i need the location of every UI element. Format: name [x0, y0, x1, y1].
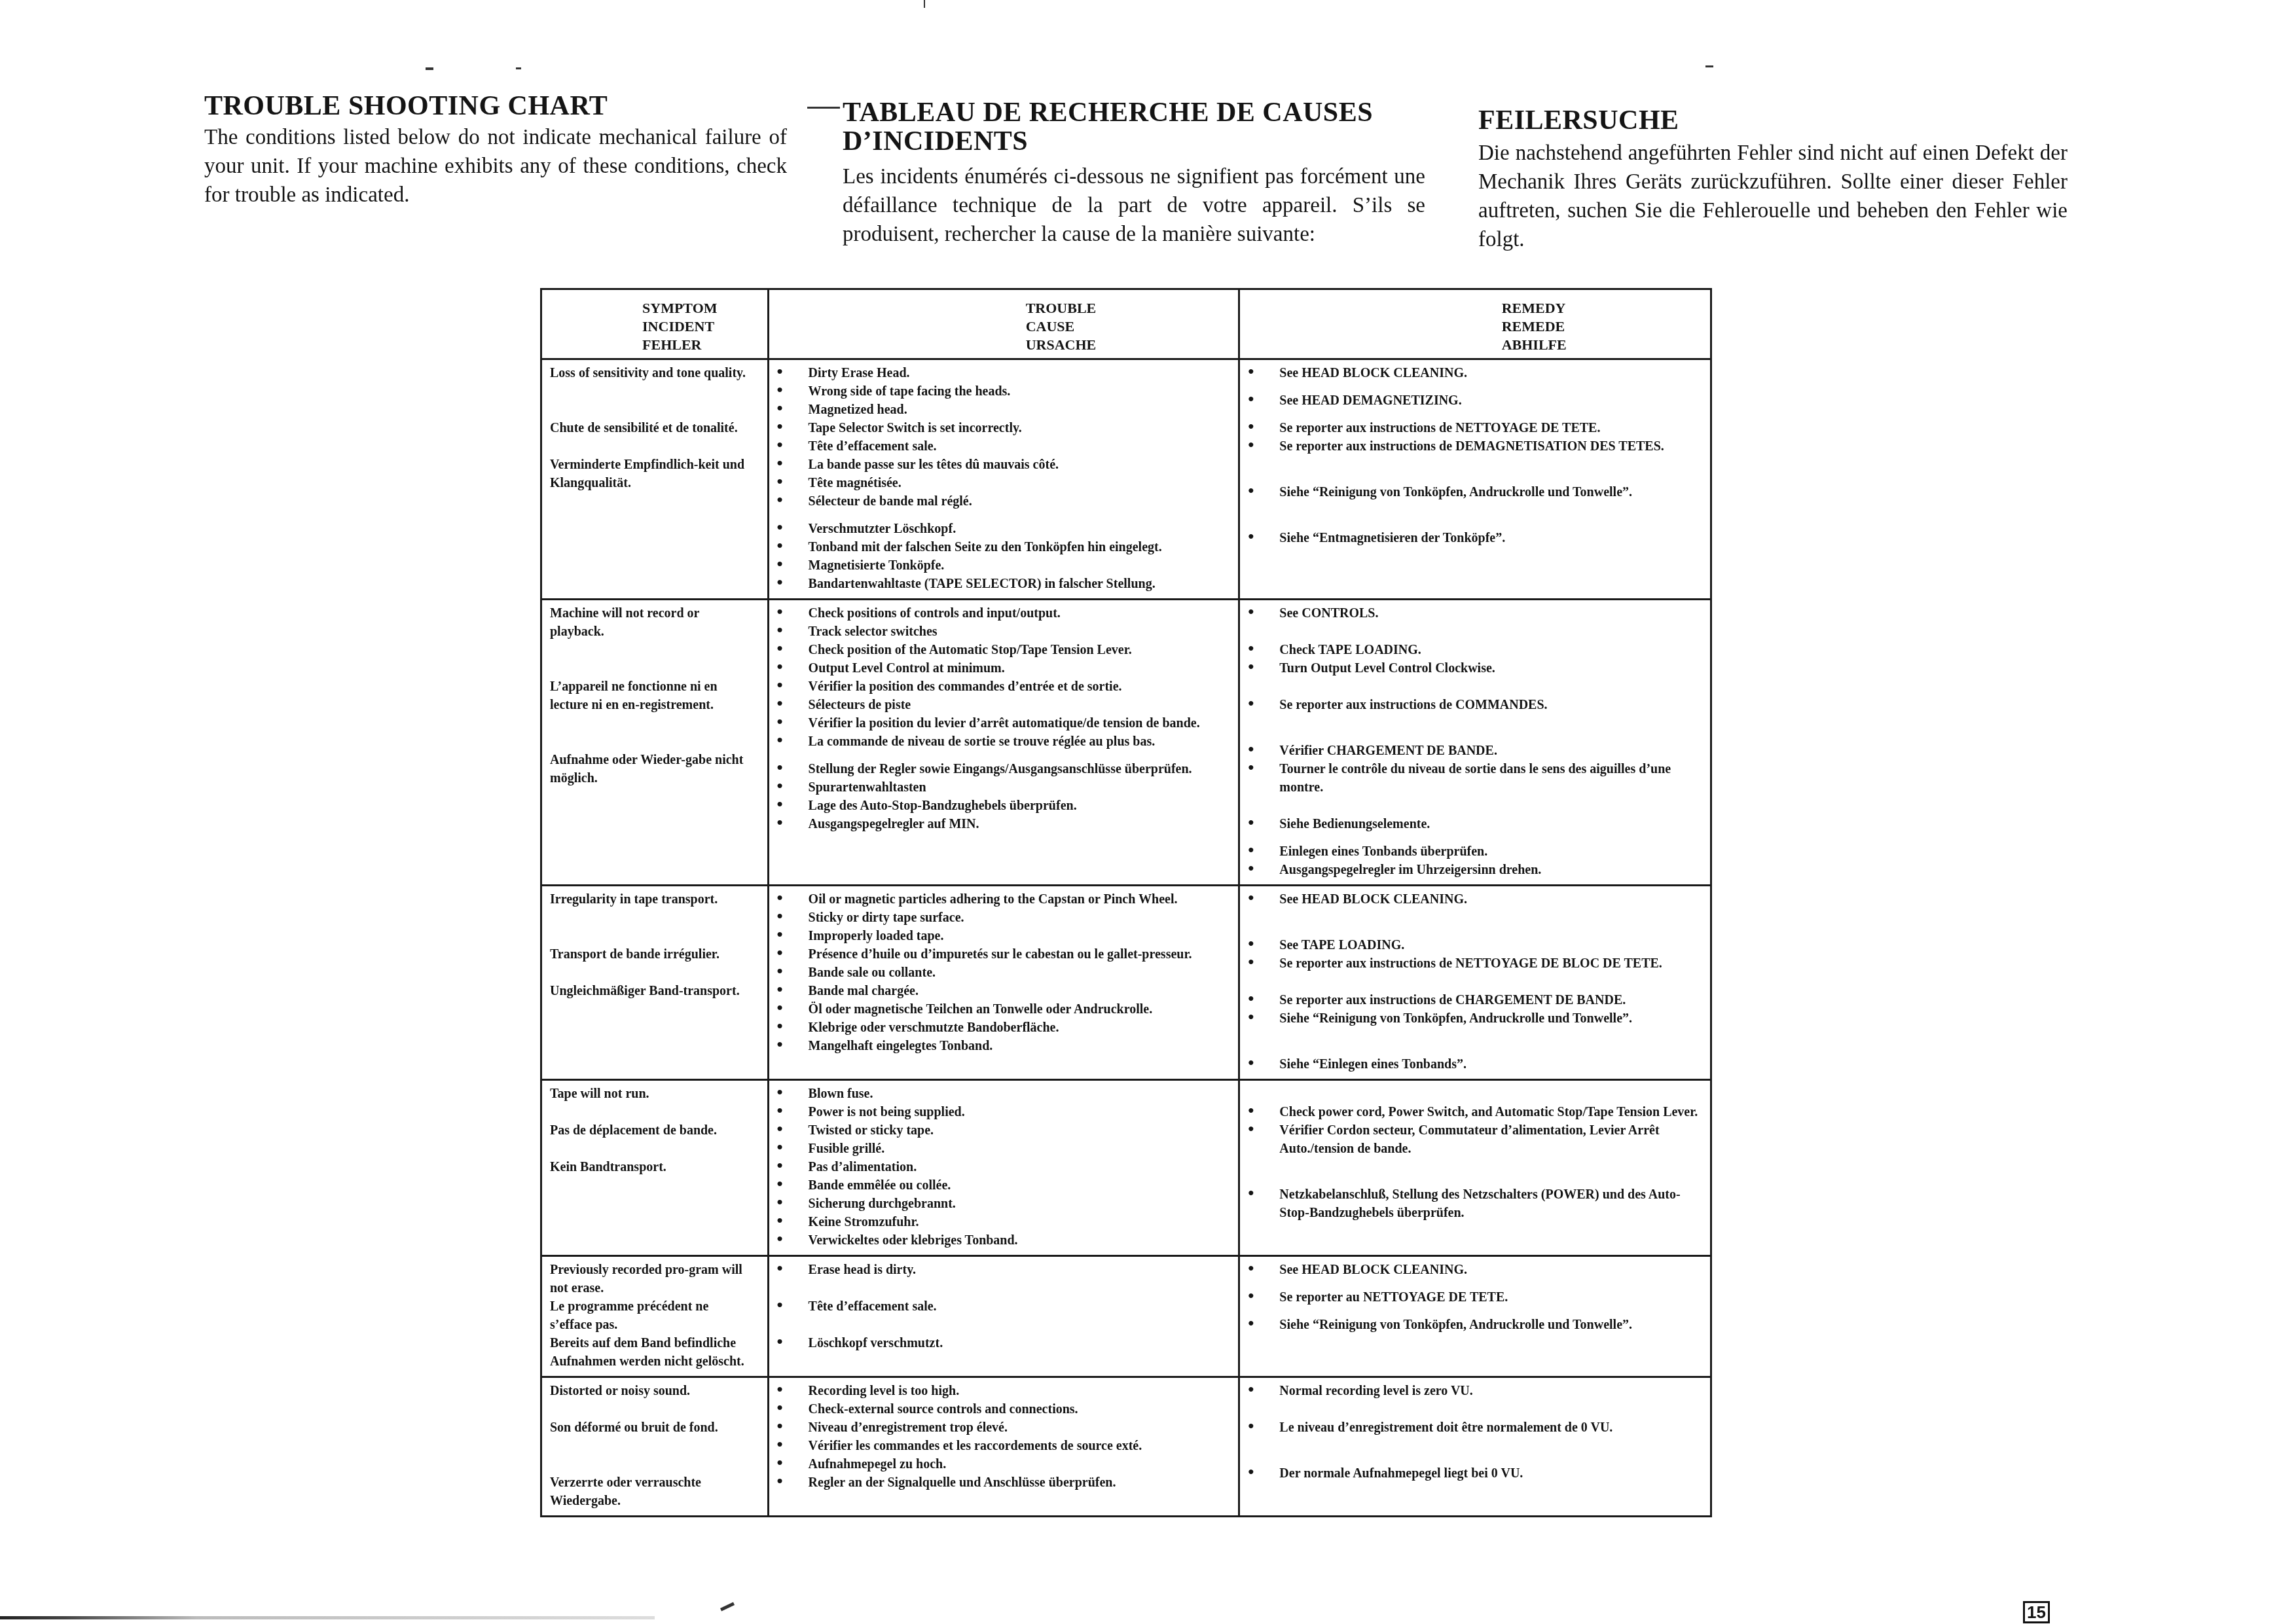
spacer: [550, 641, 761, 677]
intro-text-german: Die nachstehend angeführten Fehler sind …: [1478, 139, 2068, 254]
bullet-item: Normal recording level is zero VU.: [1248, 1382, 1704, 1400]
bullet-item: Turn Output Level Control Clockwise.: [1248, 659, 1704, 677]
remedy-list: Siehe “Einlegen eines Tonbands”.: [1248, 1055, 1704, 1074]
bullet-item: Pas d’alimentation.: [777, 1158, 1232, 1176]
header-label: INCIDENT: [642, 317, 717, 336]
bullet-item: Niveau d’enregistrement trop élevé.: [777, 1418, 1232, 1437]
bullet-item: Check power cord, Power Switch, and Auto…: [1248, 1103, 1704, 1121]
bullet-item: Check TAPE LOADING.: [1248, 641, 1704, 659]
bullet-item: Einlegen eines Tonbands überprüfen.: [1248, 842, 1704, 861]
symptom-en: Previously recorded pro-gram will not er…: [550, 1261, 746, 1297]
trouble-list-en: Erase head is dirty.: [777, 1261, 1232, 1279]
trouble-list-fr: Tête d’effacement sale.: [777, 1297, 1232, 1316]
intro-german: FEILERSUCHE Die nachstehend angeführten …: [1478, 106, 2068, 254]
trouble-shooting-table: SYMPTOMINCIDENTFEHLER TROUBLECAUSEURSACH…: [540, 288, 1712, 1517]
remedy-list: Se reporter aux instructions de COMMANDE…: [1248, 696, 1704, 714]
spacer: [1248, 1307, 1704, 1316]
symptom-fr: Chute de sensibilité et de tonalité.: [550, 419, 746, 437]
bullet-item: Se reporter aux instructions de DEMAGNET…: [1248, 437, 1704, 456]
column-header-trouble: TROUBLECAUSEURSACHE: [768, 289, 1239, 359]
bullet-item: Check-external source controls and conne…: [777, 1400, 1232, 1418]
bullet-item: Keine Stromzufuhr.: [777, 1213, 1232, 1231]
remedy-list: Le niveau d’enregistrement doit être nor…: [1248, 1418, 1704, 1437]
trouble-cell: Blown fuse.Power is not being supplied.T…: [768, 1080, 1239, 1256]
spacer: [1248, 909, 1704, 936]
remedy-list: Siehe “Entmagnetisieren der Tonköpfe”.: [1248, 529, 1704, 547]
symptom-fr: Transport de bande irrégulier.: [550, 945, 746, 964]
bullet-item: Recording level is too high.: [777, 1382, 1232, 1400]
bullet-item: Tonband mit der falschen Seite zu den To…: [777, 538, 1232, 556]
bullet-item: See HEAD BLOCK CLEANING.: [1248, 364, 1704, 382]
spacer: [550, 1103, 761, 1121]
spacer: [1248, 1158, 1704, 1185]
trouble-cell: Dirty Erase Head.Wrong side of tape faci…: [768, 359, 1239, 600]
remedy-list: Siehe “Reinigung von Tonköpfen, Andruckr…: [1248, 1316, 1704, 1334]
symptom-cell: Loss of sensitivity and tone quality.Chu…: [541, 359, 769, 600]
remedy-cell: Check power cord, Power Switch, and Auto…: [1239, 1080, 1711, 1256]
trouble-list-en: Check positions of controls and input/ou…: [777, 604, 1232, 677]
bullet-item: Magnetized head.: [777, 401, 1232, 419]
spacer: [550, 1140, 761, 1158]
spacer: [1248, 677, 1704, 696]
bullet-item: See CONTROLS.: [1248, 604, 1704, 623]
trouble-list-fr: Présence d’huile ou d’impuretés sur le c…: [777, 945, 1232, 1000]
bullet-item: Öl oder magnetische Teilchen an Tonwelle…: [777, 1000, 1232, 1019]
table-row: Machine will not record or playback.L’ap…: [541, 600, 1711, 886]
remedy-list: See HEAD DEMAGNETIZING.: [1248, 391, 1704, 410]
trouble-list-en: Oil or magnetic particles adhering to th…: [777, 890, 1232, 945]
table-row: Irregularity in tape transport.Transport…: [541, 886, 1711, 1080]
bullet-item: Sticky or dirty tape surface.: [777, 909, 1232, 927]
bullet-item: Stellung der Regler sowie Eingangs/Ausga…: [777, 760, 1232, 778]
trouble-list-en: Dirty Erase Head.Wrong side of tape faci…: [777, 364, 1232, 437]
symptom-cell: Previously recorded pro-gram will not er…: [541, 1256, 769, 1377]
trouble-list-de: Sicherung durchgebrannt.Keine Stromzufuh…: [777, 1195, 1232, 1250]
remedy-list: Se reporter au NETTOYAGE DE TETE.: [1248, 1288, 1704, 1307]
remedy-cell: See HEAD BLOCK CLEANING.See HEAD DEMAGNE…: [1239, 359, 1711, 600]
symptom-cell: Tape will not run.Pas de déplacement de …: [541, 1080, 769, 1256]
remedy-list: See HEAD BLOCK CLEANING.: [1248, 890, 1704, 909]
bullet-item: Fusible grillé.: [777, 1140, 1232, 1158]
symptom-de: Verzerrte oder verrauschte Wiedergabe.: [550, 1473, 746, 1510]
symptom-fr: L’appareil ne fonctionne ni en lecture n…: [550, 677, 746, 714]
spacer: [550, 437, 761, 456]
remedy-cell: See HEAD BLOCK CLEANING.Se reporter au N…: [1239, 1256, 1711, 1377]
spacer: [1248, 973, 1704, 991]
bullet-item: Présence d’huile ou d’impuretés sur le c…: [777, 945, 1232, 964]
bullet-item: Vérifier les commandes et les raccordeme…: [777, 1437, 1232, 1455]
spacer: [1248, 714, 1704, 742]
trouble-list-en: Recording level is too high.Check-extern…: [777, 1382, 1232, 1418]
bullet-item: Regler an der Signalquelle und Anschlüss…: [777, 1473, 1232, 1492]
spacer: [550, 382, 761, 419]
bullet-item: Bande sale ou collante.: [777, 964, 1232, 982]
heading-english: TROUBLE SHOOTING CHART: [204, 92, 787, 120]
symptom-de: Verminderte Empfindlich-keit und Klangqu…: [550, 456, 746, 492]
remedy-cell: Normal recording level is zero VU.Le niv…: [1239, 1377, 1711, 1517]
trouble-list-de: Aufnahmepegel zu hoch.Regler an der Sign…: [777, 1455, 1232, 1492]
remedy-list: See HEAD BLOCK CLEANING.: [1248, 1261, 1704, 1279]
symptom-cell: Irregularity in tape transport.Transport…: [541, 886, 769, 1080]
table-row: Loss of sensitivity and tone quality.Chu…: [541, 359, 1711, 600]
trouble-list-de: Öl oder magnetische Teilchen an Tonwelle…: [777, 1000, 1232, 1055]
header-label: SYMPTOM: [642, 299, 717, 317]
remedy-list: Siehe “Reinigung von Tonköpfen, Andruckr…: [1248, 483, 1704, 501]
symptom-de: Kein Bandtransport.: [550, 1158, 746, 1176]
table-row: Distorted or noisy sound.Son déformé ou …: [541, 1377, 1711, 1517]
page-number: 15: [2023, 1601, 2050, 1623]
intro-text-english: The conditions listed below do not indic…: [204, 123, 787, 209]
bullet-item: Improperly loaded tape.: [777, 927, 1232, 945]
bullet-item: Lage des Auto-Stop-Bandzughebels überprü…: [777, 797, 1232, 815]
bullet-item: Sélecteur de bande mal réglé.: [777, 492, 1232, 511]
intro-text-french: Les incidents énumérés ci-dessous ne sig…: [843, 162, 1425, 249]
scan-mark: [720, 1602, 735, 1612]
bullet-item: Vérifier la position des commandes d’ent…: [777, 677, 1232, 696]
spacer: [1248, 1085, 1704, 1103]
bullet-item: Tourner le contrôle du niveau de sortie …: [1248, 760, 1704, 797]
trouble-cell: Recording level is too high.Check-extern…: [768, 1377, 1239, 1517]
table-row: Previously recorded pro-gram will not er…: [541, 1256, 1711, 1377]
bullet-item: Ausgangspegelregler im Uhrzeigersinn dre…: [1248, 861, 1704, 879]
header-label: URSACHE: [1026, 336, 1097, 354]
bullet-item: Tête d’effacement sale.: [777, 437, 1232, 456]
header-label: FEHLER: [642, 336, 717, 354]
scan-mark: [426, 67, 433, 70]
spacer: [550, 1400, 761, 1418]
symptom-en: Tape will not run.: [550, 1085, 746, 1103]
bullet-item: Se reporter aux instructions de COMMANDE…: [1248, 696, 1704, 714]
bullet-item: Blown fuse.: [777, 1085, 1232, 1103]
bullet-item: See HEAD DEMAGNETIZING.: [1248, 391, 1704, 410]
spacer: [550, 714, 761, 751]
scan-mark: [924, 0, 925, 8]
trouble-cell: Check positions of controls and input/ou…: [768, 600, 1239, 886]
bullet-item: Tête d’effacement sale.: [777, 1297, 1232, 1316]
symptom-fr: Son déformé ou bruit de fond.: [550, 1418, 746, 1437]
spacer: [550, 964, 761, 982]
bullet-item: Oil or magnetic particles adhering to th…: [777, 890, 1232, 909]
heading-french: TABLEAU DE RECHERCHE DE CAUSES D’INCIDEN…: [843, 98, 1419, 156]
bullet-item: La commande de niveau de sortie se trouv…: [777, 732, 1232, 751]
symptom-en: Irregularity in tape transport.: [550, 890, 746, 909]
bullet-item: Vérifier CHARGEMENT DE BANDE.: [1248, 742, 1704, 760]
trouble-cell: Oil or magnetic particles adhering to th…: [768, 886, 1239, 1080]
table-row: Tape will not run.Pas de déplacement de …: [541, 1080, 1711, 1256]
symptom-de: Ungleichmäßiger Band-transport.: [550, 982, 746, 1000]
symptom-de: Aufnahme oder Wieder-gabe nicht möglich.: [550, 751, 746, 787]
symptom-en: Machine will not record or playback.: [550, 604, 746, 641]
bullet-item: Se reporter aux instructions de NETTOYAG…: [1248, 419, 1704, 437]
bullet-item: Erase head is dirty.: [777, 1261, 1232, 1279]
remedy-list: See CONTROLS.: [1248, 604, 1704, 623]
trouble-list-de: Löschkopf verschmutzt.: [777, 1334, 1232, 1352]
bullet-item: Power is not being supplied.: [777, 1103, 1232, 1121]
header-label: CAUSE: [1026, 317, 1097, 336]
trouble-list-de: Verschmutzter Löschkopf.Tonband mit der …: [777, 520, 1232, 593]
bullet-item: Vérifier la position du levier d’arrêt a…: [777, 714, 1232, 732]
remedy-list: See TAPE LOADING.Se reporter aux instruc…: [1248, 936, 1704, 973]
bullet-item: Output Level Control at minimum.: [777, 659, 1232, 677]
bullet-item: Verschmutzter Löschkopf.: [777, 520, 1232, 538]
remedy-list: Check TAPE LOADING.Turn Output Level Con…: [1248, 641, 1704, 677]
spacer: [1248, 1400, 1704, 1418]
heading-german: FEILERSUCHE: [1478, 106, 2068, 135]
bullet-item: Wrong side of tape facing the heads.: [777, 382, 1232, 401]
symptom-fr: Le programme précédent ne s’efface pas.: [550, 1297, 746, 1334]
spacer: [1248, 410, 1704, 419]
bullet-item: See TAPE LOADING.: [1248, 936, 1704, 954]
bullet-item: Siehe “Reinigung von Tonköpfen, Andruckr…: [1248, 1316, 1704, 1334]
symptom-de: Bereits auf dem Band befindliche Aufnahm…: [550, 1334, 746, 1371]
bullet-item: Bande emmêlée ou collée.: [777, 1176, 1232, 1195]
bullet-item: Se reporter aux instructions de CHARGEME…: [1248, 991, 1704, 1009]
bullet-item: Tête magnétisée.: [777, 474, 1232, 492]
bullet-item: Verwickeltes oder klebriges Tonband.: [777, 1231, 1232, 1250]
spacer: [1248, 456, 1704, 483]
bullet-item: Ausgangspegelregler auf MIN.: [777, 815, 1232, 833]
bullet-item: See HEAD BLOCK CLEANING.: [1248, 1261, 1704, 1279]
trouble-cell: Erase head is dirty.Tête d’effacement sa…: [768, 1256, 1239, 1377]
header-label: ABHILFE: [1502, 336, 1567, 354]
trouble-list-fr: Niveau d’enregistrement trop élevé.Vérif…: [777, 1418, 1232, 1455]
scan-mark: [807, 107, 840, 109]
spacer: [1248, 1279, 1704, 1288]
remedy-cell: See HEAD BLOCK CLEANING.See TAPE LOADING…: [1239, 886, 1711, 1080]
remedy-list: Siehe Bedienungselemente.: [1248, 815, 1704, 833]
remedy-list: Einlegen eines Tonbands überprüfen.Ausga…: [1248, 842, 1704, 879]
remedy-list: Se reporter aux instructions de CHARGEME…: [1248, 991, 1704, 1028]
spacer: [550, 1437, 761, 1473]
spacer: [1248, 797, 1704, 815]
spacer: [1248, 1028, 1704, 1055]
bullet-item: Siehe Bedienungselemente.: [1248, 815, 1704, 833]
bullet-item: Twisted or sticky tape.: [777, 1121, 1232, 1140]
intro-english: TROUBLE SHOOTING CHART The conditions li…: [204, 92, 787, 209]
trouble-list-en: Blown fuse.Power is not being supplied.T…: [777, 1085, 1232, 1140]
header-label: REMEDE: [1502, 317, 1567, 336]
symptom-en: Loss of sensitivity and tone quality.: [550, 364, 746, 382]
header-label: REMEDY: [1502, 299, 1567, 317]
bullet-item: Magnetisierte Tonköpfe.: [777, 556, 1232, 575]
scan-edge-line: [0, 1616, 655, 1619]
remedy-list: Se reporter aux instructions de NETTOYAG…: [1248, 419, 1704, 456]
bullet-item: Sicherung durchgebrannt.: [777, 1195, 1232, 1213]
bullet-item: Sélecteurs de piste: [777, 696, 1232, 714]
bullet-item: Mangelhaft eingelegtes Tonband.: [777, 1037, 1232, 1055]
remedy-list: See HEAD BLOCK CLEANING.: [1248, 364, 1704, 382]
remedy-list: Netzkabelanschluß, Stellung des Netzscha…: [1248, 1185, 1704, 1222]
trouble-list-fr: Vérifier la position des commandes d’ent…: [777, 677, 1232, 751]
trouble-list-fr: Tête d’effacement sale.La bande passe su…: [777, 437, 1232, 511]
spacer: [777, 1316, 1232, 1334]
bullet-item: Check position of the Automatic Stop/Tap…: [777, 641, 1232, 659]
symptom-cell: Machine will not record or playback.L’ap…: [541, 600, 769, 886]
column-header-remedy: REMEDYREMEDEABHILFE: [1239, 289, 1711, 359]
bullet-item: Track selector switches: [777, 623, 1232, 641]
remedy-list: Normal recording level is zero VU.: [1248, 1382, 1704, 1400]
spacer: [1248, 1437, 1704, 1464]
column-header-symptom: SYMPTOMINCIDENTFEHLER: [541, 289, 769, 359]
symptom-cell: Distorted or noisy sound.Son déformé ou …: [541, 1377, 769, 1517]
bullet-item: Spurartenwahltasten: [777, 778, 1232, 797]
bullet-item: La bande passe sur les têtes dû mauvais …: [777, 456, 1232, 474]
spacer: [1248, 501, 1704, 529]
bullet-item: Check positions of controls and input/ou…: [777, 604, 1232, 623]
spacer: [1248, 833, 1704, 842]
bullet-item: Siehe “Einlegen eines Tonbands”.: [1248, 1055, 1704, 1074]
remedy-list: Check power cord, Power Switch, and Auto…: [1248, 1103, 1704, 1158]
remedy-list: Der normale Aufnahmepegel liegt bei 0 VU…: [1248, 1464, 1704, 1483]
bullet-item: Siehe “Reinigung von Tonköpfen, Andruckr…: [1248, 483, 1704, 501]
table-header-row: SYMPTOMINCIDENTFEHLER TROUBLECAUSEURSACH…: [541, 289, 1711, 359]
trouble-list-fr: Fusible grillé.Pas d’alimentation.Bande …: [777, 1140, 1232, 1195]
bullet-item: Netzkabelanschluß, Stellung des Netzscha…: [1248, 1185, 1704, 1222]
bullet-item: Klebrige oder verschmutzte Bandoberfläch…: [777, 1019, 1232, 1037]
scan-mark: [516, 67, 521, 69]
remedy-cell: See CONTROLS.Check TAPE LOADING.Turn Out…: [1239, 600, 1711, 886]
scan-mark: [1705, 65, 1713, 67]
intro-french: TABLEAU DE RECHERCHE DE CAUSES D’INCIDEN…: [843, 98, 1425, 249]
symptom-en: Distorted or noisy sound.: [550, 1382, 746, 1400]
spacer: [777, 751, 1232, 760]
bullet-item: Se reporter aux instructions de NETTOYAG…: [1248, 954, 1704, 973]
remedy-list: Vérifier CHARGEMENT DE BANDE.Tourner le …: [1248, 742, 1704, 797]
trouble-list-de: Stellung der Regler sowie Eingangs/Ausga…: [777, 760, 1232, 833]
spacer: [777, 511, 1232, 520]
bullet-item: Der normale Aufnahmepegel liegt bei 0 VU…: [1248, 1464, 1704, 1483]
bullet-item: See HEAD BLOCK CLEANING.: [1248, 890, 1704, 909]
bullet-item: Dirty Erase Head.: [777, 364, 1232, 382]
spacer: [550, 909, 761, 945]
bullet-item: Bandartenwahltaste (TAPE SELECTOR) in fa…: [777, 575, 1232, 593]
bullet-item: Tape Selector Switch is set incorrectly.: [777, 419, 1232, 437]
bullet-item: Bande mal chargée.: [777, 982, 1232, 1000]
spacer: [777, 1279, 1232, 1297]
spacer: [1248, 382, 1704, 391]
bullet-item: Siehe “Entmagnetisieren der Tonköpfe”.: [1248, 529, 1704, 547]
bullet-item: Löschkopf verschmutzt.: [777, 1334, 1232, 1352]
bullet-item: Siehe “Reinigung von Tonköpfen, Andruckr…: [1248, 1009, 1704, 1028]
bullet-item: Vérifier Cordon secteur, Commutateur d’a…: [1248, 1121, 1704, 1158]
spacer: [1248, 623, 1704, 641]
header-label: TROUBLE: [1026, 299, 1097, 317]
bullet-item: Se reporter au NETTOYAGE DE TETE.: [1248, 1288, 1704, 1307]
symptom-fr: Pas de déplacement de bande.: [550, 1121, 746, 1140]
bullet-item: Aufnahmepegel zu hoch.: [777, 1455, 1232, 1473]
bullet-item: Le niveau d’enregistrement doit être nor…: [1248, 1418, 1704, 1437]
